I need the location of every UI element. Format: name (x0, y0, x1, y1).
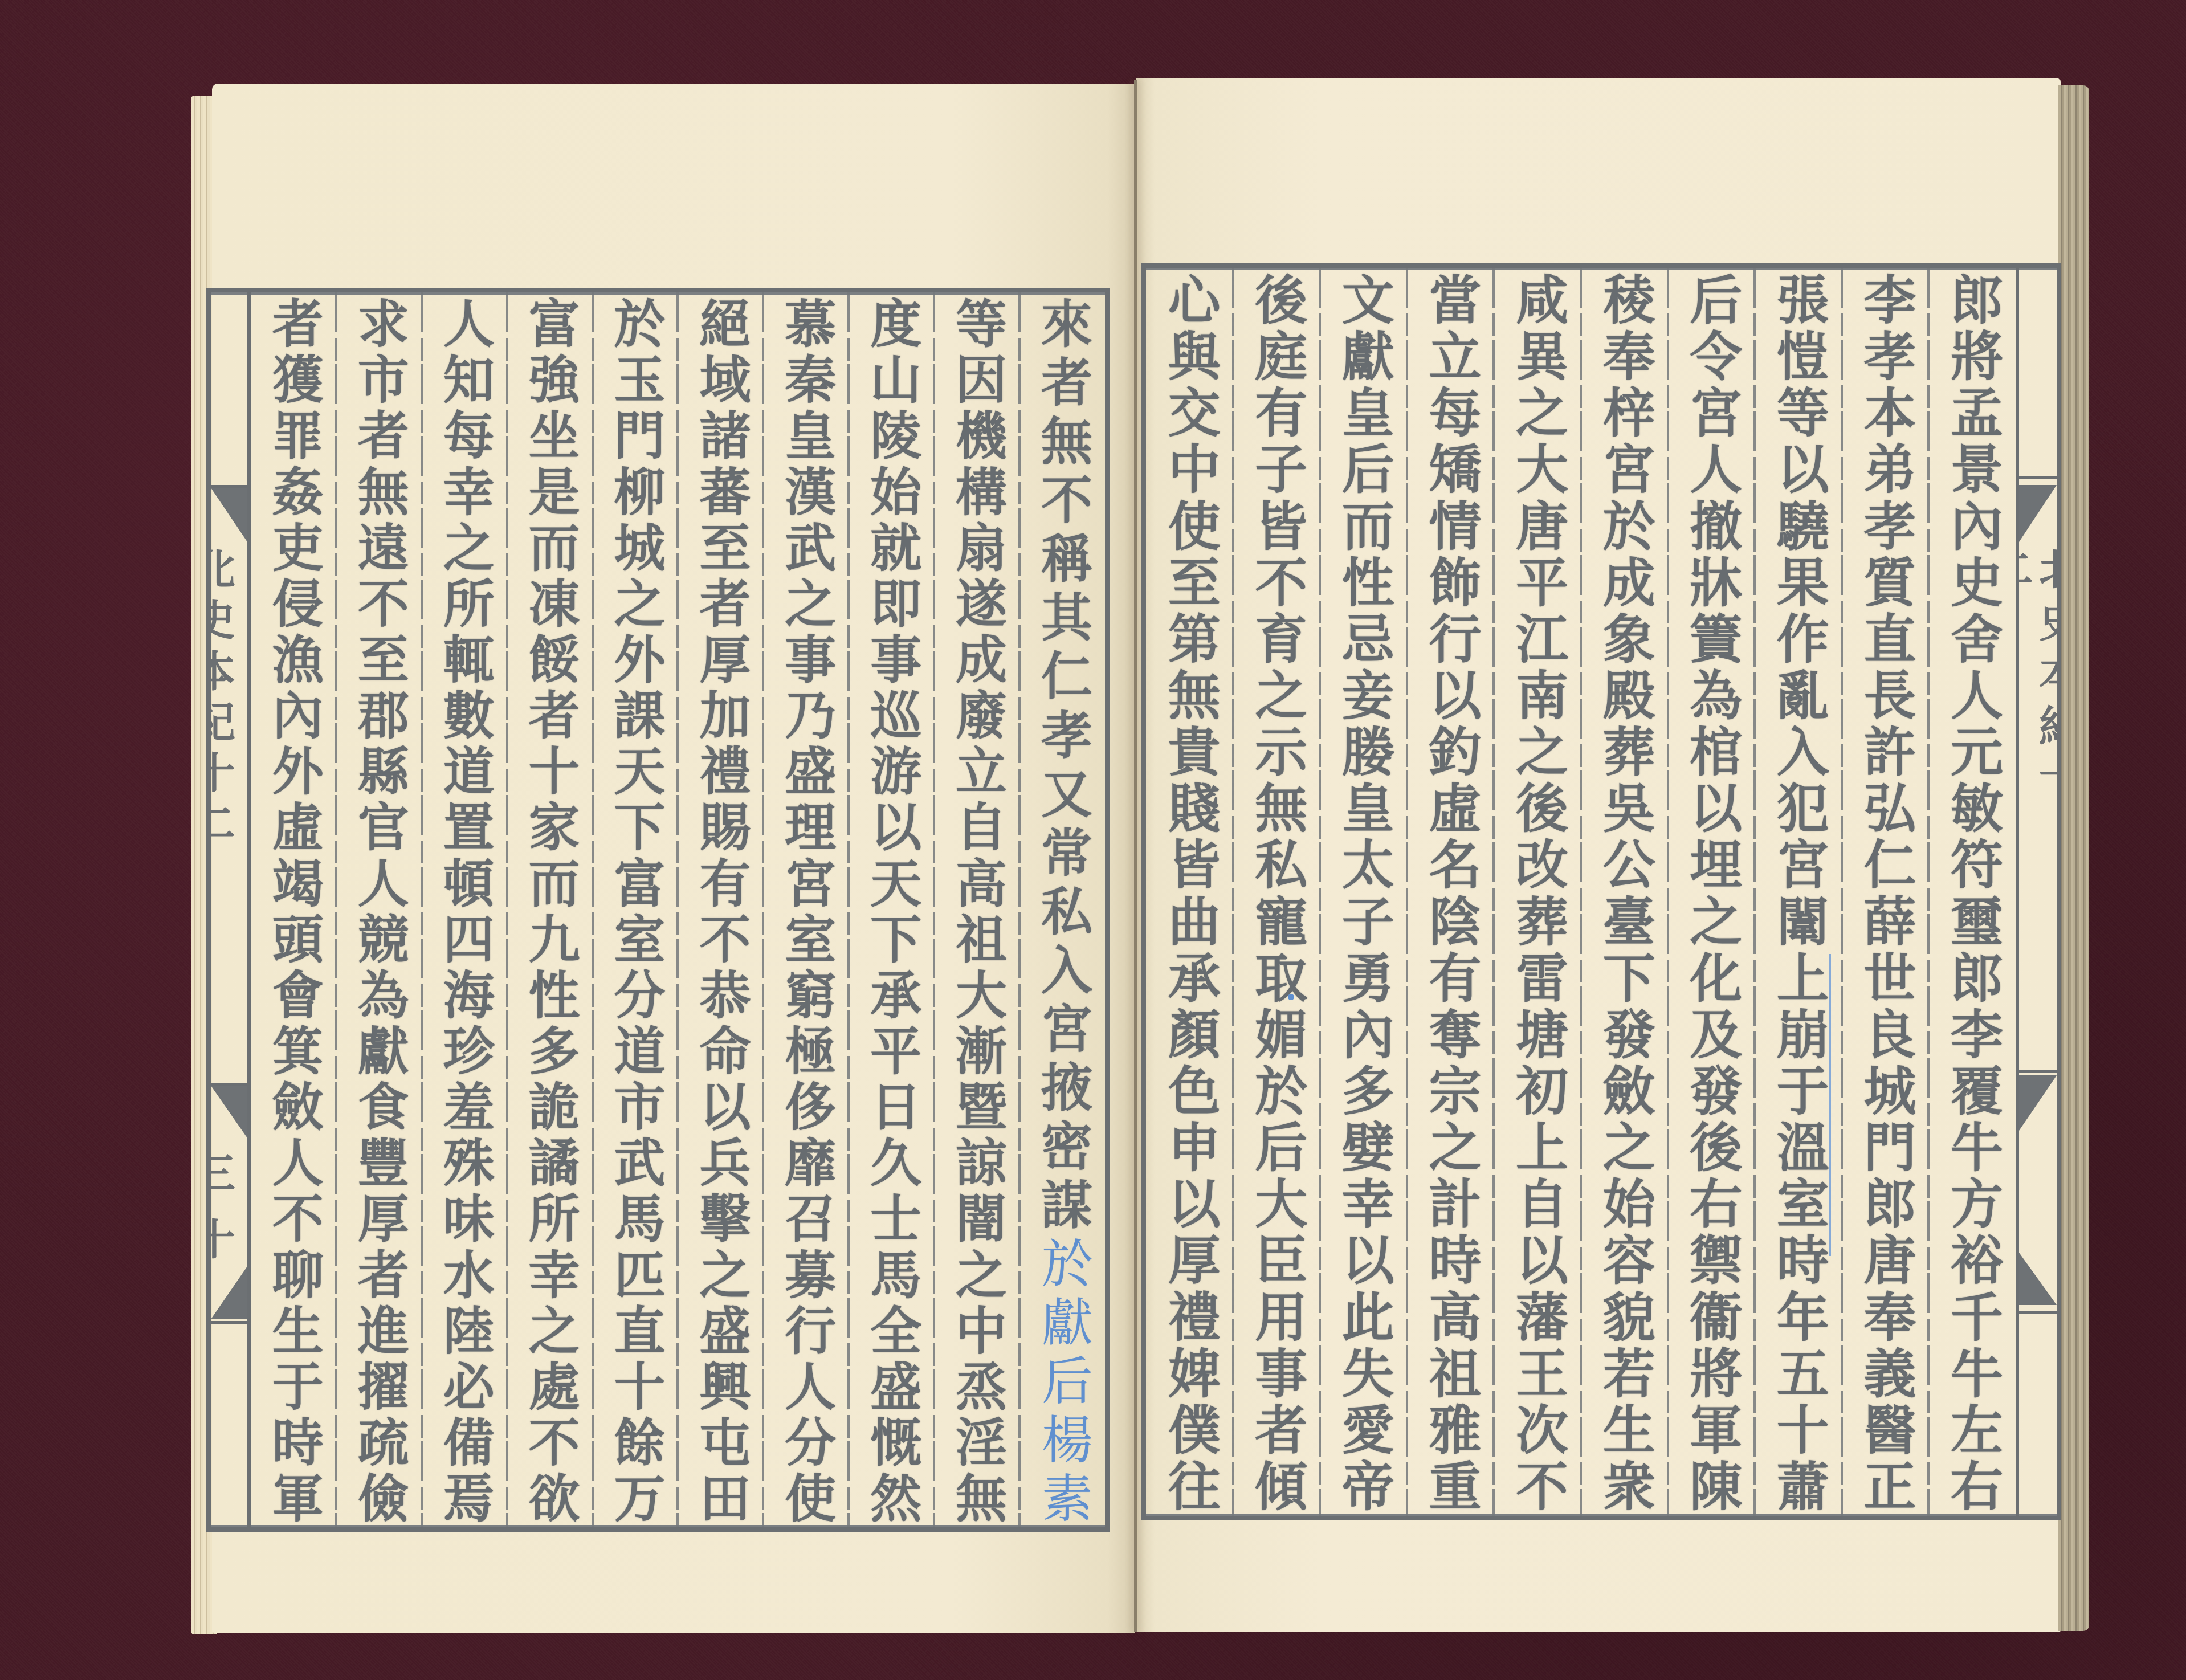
fold-rule (211, 1321, 247, 1324)
column-text: 人知每幸之所輒數道置頓四海珍羞殊味水陸必備焉 (422, 297, 507, 1523)
text-column: 慕秦皇漢武之事乃盛理宮室窮極侈靡召募行人分使 (763, 292, 849, 1527)
text-column: 郎將孟景內史舍人元敏符璽郎李覆牛方裕千牛左右 (1928, 268, 2016, 1516)
right-text-columns: 郎將孟景內史舍人元敏符璽郎李覆牛方裕千牛左右 李孝本弟孝質直長許弘仁薛世良城門郎… (1146, 268, 2016, 1516)
text-column: 等因機構扇遂成廢立自高祖大漸暨諒闇之中烝淫無 (934, 292, 1019, 1527)
fold-rule (211, 1083, 247, 1086)
text-column: 文獻皇后而性忌妾媵皇太子勇內多嬖幸以此失愛帝 (1320, 268, 1407, 1516)
fish-tail-mark-icon (2019, 1253, 2057, 1305)
fold-rule (2019, 1070, 2057, 1073)
book-gutter (1134, 80, 1137, 1632)
column-text: 稜奉梓宮於成象殿葬吳公臺下發斂之始容貌若生衆 (1581, 272, 1668, 1511)
column-text: 來者無不稱其仁孝又常私入宮掖密謀於獻后楊素 (1019, 297, 1105, 1523)
fish-tail-mark-icon (211, 488, 247, 542)
column-text: 求市者無遠不至郡縣官人競為獻食豐厚者進擢疏儉 (336, 297, 422, 1523)
column-text: 度山陵始就即事巡游以天下承平日久士馬全盛慨然 (849, 297, 934, 1523)
column-text: 於玉門柳城之外課天下富室分道市武馬匹直十餘万 (593, 297, 678, 1523)
fold-rule (2019, 1311, 2057, 1314)
page-number: 三十 (211, 1151, 235, 1259)
fish-tail-mark-icon (2019, 485, 2057, 542)
blue-pen-margin-line (1829, 954, 1831, 1256)
text-column: 咸異之大唐平江南之後改葬雷塘初上自以藩王次不 (1494, 268, 1581, 1516)
column-text: 后令宮人撤牀簀為棺以埋之化及發後右禦衞將軍陳 (1668, 272, 1755, 1511)
fold-rule (2019, 476, 2057, 479)
right-page-stack-edge (2058, 85, 2089, 1631)
fold-title: 北史本紀十二 (211, 547, 235, 843)
column-text: 富強坐是而凍餒者十家而九性多詭譎所幸之處不欲 (507, 297, 593, 1523)
text-column: 當立每矯情飾行以釣虛名陰有奪宗之計時高祖雅重 (1407, 268, 1494, 1516)
left-print-frame: 北史本紀十二 三十 來者無不稱其仁孝又常私入宮掖密謀於獻后楊素 等因機構扇遂成廢… (206, 288, 1110, 1532)
text-column: 後庭有子皆不育之示無私寵取媚於后大臣用事者傾 (1233, 268, 1320, 1516)
fold-rule (211, 485, 247, 488)
column-text: 者獲罪姦吏侵漁內外虛竭頭會箕斂人不聊生于時軍 (251, 297, 336, 1523)
handwritten-annotation: 於獻后楊素 (1033, 1237, 1092, 1523)
printed-text: 來者無不稱其仁孝又常私入宮掖密謀 (1032, 297, 1092, 1237)
text-column: 來者無不稱其仁孝又常私入宮掖密謀於獻后楊素 (1019, 292, 1105, 1527)
column-text: 當立每矯情飾行以釣虛名陰有奪宗之計時高祖雅重 (1407, 272, 1494, 1511)
text-column: 后令宮人撤牀簀為棺以埋之化及發後右禦衞將軍陳 (1668, 268, 1755, 1516)
text-column: 心與交中使至第無貴賤皆曲承顏色申以厚禮婢僕往 (1146, 268, 1233, 1516)
left-text-columns: 來者無不稱其仁孝又常私入宮掖密謀於獻后楊素 等因機構扇遂成廢立自高祖大漸暨諒闇之… (251, 292, 1105, 1527)
right-print-frame: 郎將孟景內史舍人元敏符璽郎李覆牛方裕千牛左右 李孝本弟孝質直長許弘仁薛世良城門郎… (1141, 263, 2061, 1520)
column-text: 後庭有子皆不育之示無私寵取媚於后大臣用事者傾 (1233, 272, 1320, 1511)
text-column: 人知每幸之所輒數道置頓四海珍羞殊味水陸必備焉 (422, 292, 507, 1527)
text-column: 度山陵始就即事巡游以天下承平日久士馬全盛慨然 (849, 292, 934, 1527)
column-text: 文獻皇后而性忌妾媵皇太子勇內多嬖幸以此失愛帝 (1320, 272, 1407, 1511)
column-text: 等因機構扇遂成廢立自高祖大漸暨諒闇之中烝淫無 (934, 297, 1019, 1523)
text-column: 稜奉梓宮於成象殿葬吳公臺下發斂之始容貌若生衆 (1581, 268, 1668, 1516)
fish-tail-mark-icon (2019, 1075, 2057, 1131)
left-fold-margin: 北史本紀十二 三十 (211, 292, 251, 1527)
column-text: 咸異之大唐平江南之後改葬雷塘初上自以藩王次不 (1494, 272, 1581, 1511)
right-fold-margin: 北史本紀十二 (2016, 268, 2057, 1516)
fish-tail-mark-icon (211, 1266, 247, 1319)
text-column: 富強坐是而凍餒者十家而九性多詭譎所幸之處不欲 (507, 292, 593, 1527)
fish-tail-mark-icon (211, 1086, 247, 1138)
column-text: 郎將孟景內史舍人元敏符璽郎李覆牛方裕千牛左右 (1928, 272, 2016, 1511)
column-text: 李孝本弟孝質直長許弘仁薛世良城門郎唐奉義醫正 (1842, 272, 1929, 1511)
text-column: 者獲罪姦吏侵漁內外虛竭頭會箕斂人不聊生于時軍 (251, 292, 336, 1527)
fold-title: 北史本紀十二 (2033, 547, 2057, 798)
text-column: 於玉門柳城之外課天下富室分道市武馬匹直十餘万 (593, 292, 678, 1527)
text-column: 張愷等以驍果作亂入犯宮闈上崩于溫室時年五十蕭 (1755, 268, 1842, 1516)
blue-pen-dot (1288, 994, 1294, 1000)
text-column: 求市者無遠不至郡縣官人競為獻食豐厚者進擢疏儉 (336, 292, 422, 1527)
text-column: 李孝本弟孝質直長許弘仁薛世良城門郎唐奉義醫正 (1842, 268, 1929, 1516)
column-text: 張愷等以驍果作亂入犯宮闈上崩于溫室時年五十蕭 (1755, 272, 1842, 1511)
column-text: 慕秦皇漢武之事乃盛理宮室窮極侈靡召募行人分使 (763, 297, 849, 1523)
column-text: 心與交中使至第無貴賤皆曲承顏色申以厚禮婢僕往 (1146, 272, 1233, 1511)
column-text: 絕域諸蕃至者厚加禮賜有不恭命以兵擊之盛興屯田 (678, 297, 763, 1523)
text-column: 絕域諸蕃至者厚加禮賜有不恭命以兵擊之盛興屯田 (678, 292, 763, 1527)
